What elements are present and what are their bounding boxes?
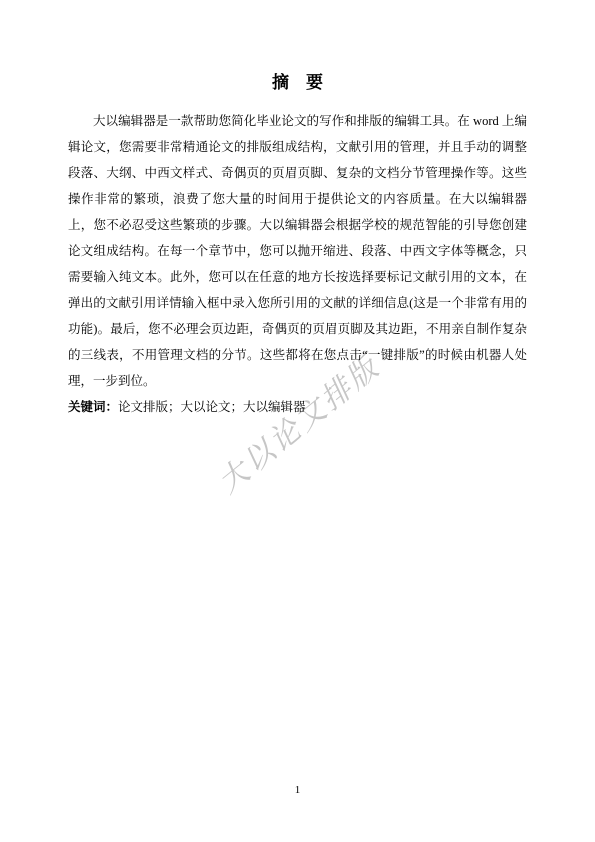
abstract-title: 摘 要 (0, 0, 595, 94)
keywords-text: 论文排版；大以论文；大以编辑器 (118, 400, 306, 414)
keywords-label: 关键词： (68, 400, 118, 414)
abstract-paragraph: 大以编辑器是一款帮助您简化毕业论文的写作和排版的编辑工具。在 word 上编辑论… (68, 108, 527, 394)
abstract-body: 大以编辑器是一款帮助您简化毕业论文的写作和排版的编辑工具。在 word 上编辑论… (68, 108, 527, 420)
document-content: 摘 要 大以编辑器是一款帮助您简化毕业论文的写作和排版的编辑工具。在 word … (0, 0, 595, 420)
keywords-line: 关键词：论文排版；大以论文；大以编辑器 (68, 394, 527, 420)
document-page: 大以论文排版 摘 要 大以编辑器是一款帮助您简化毕业论文的写作和排版的编辑工具。… (0, 0, 595, 842)
page-number: 1 (0, 783, 595, 797)
